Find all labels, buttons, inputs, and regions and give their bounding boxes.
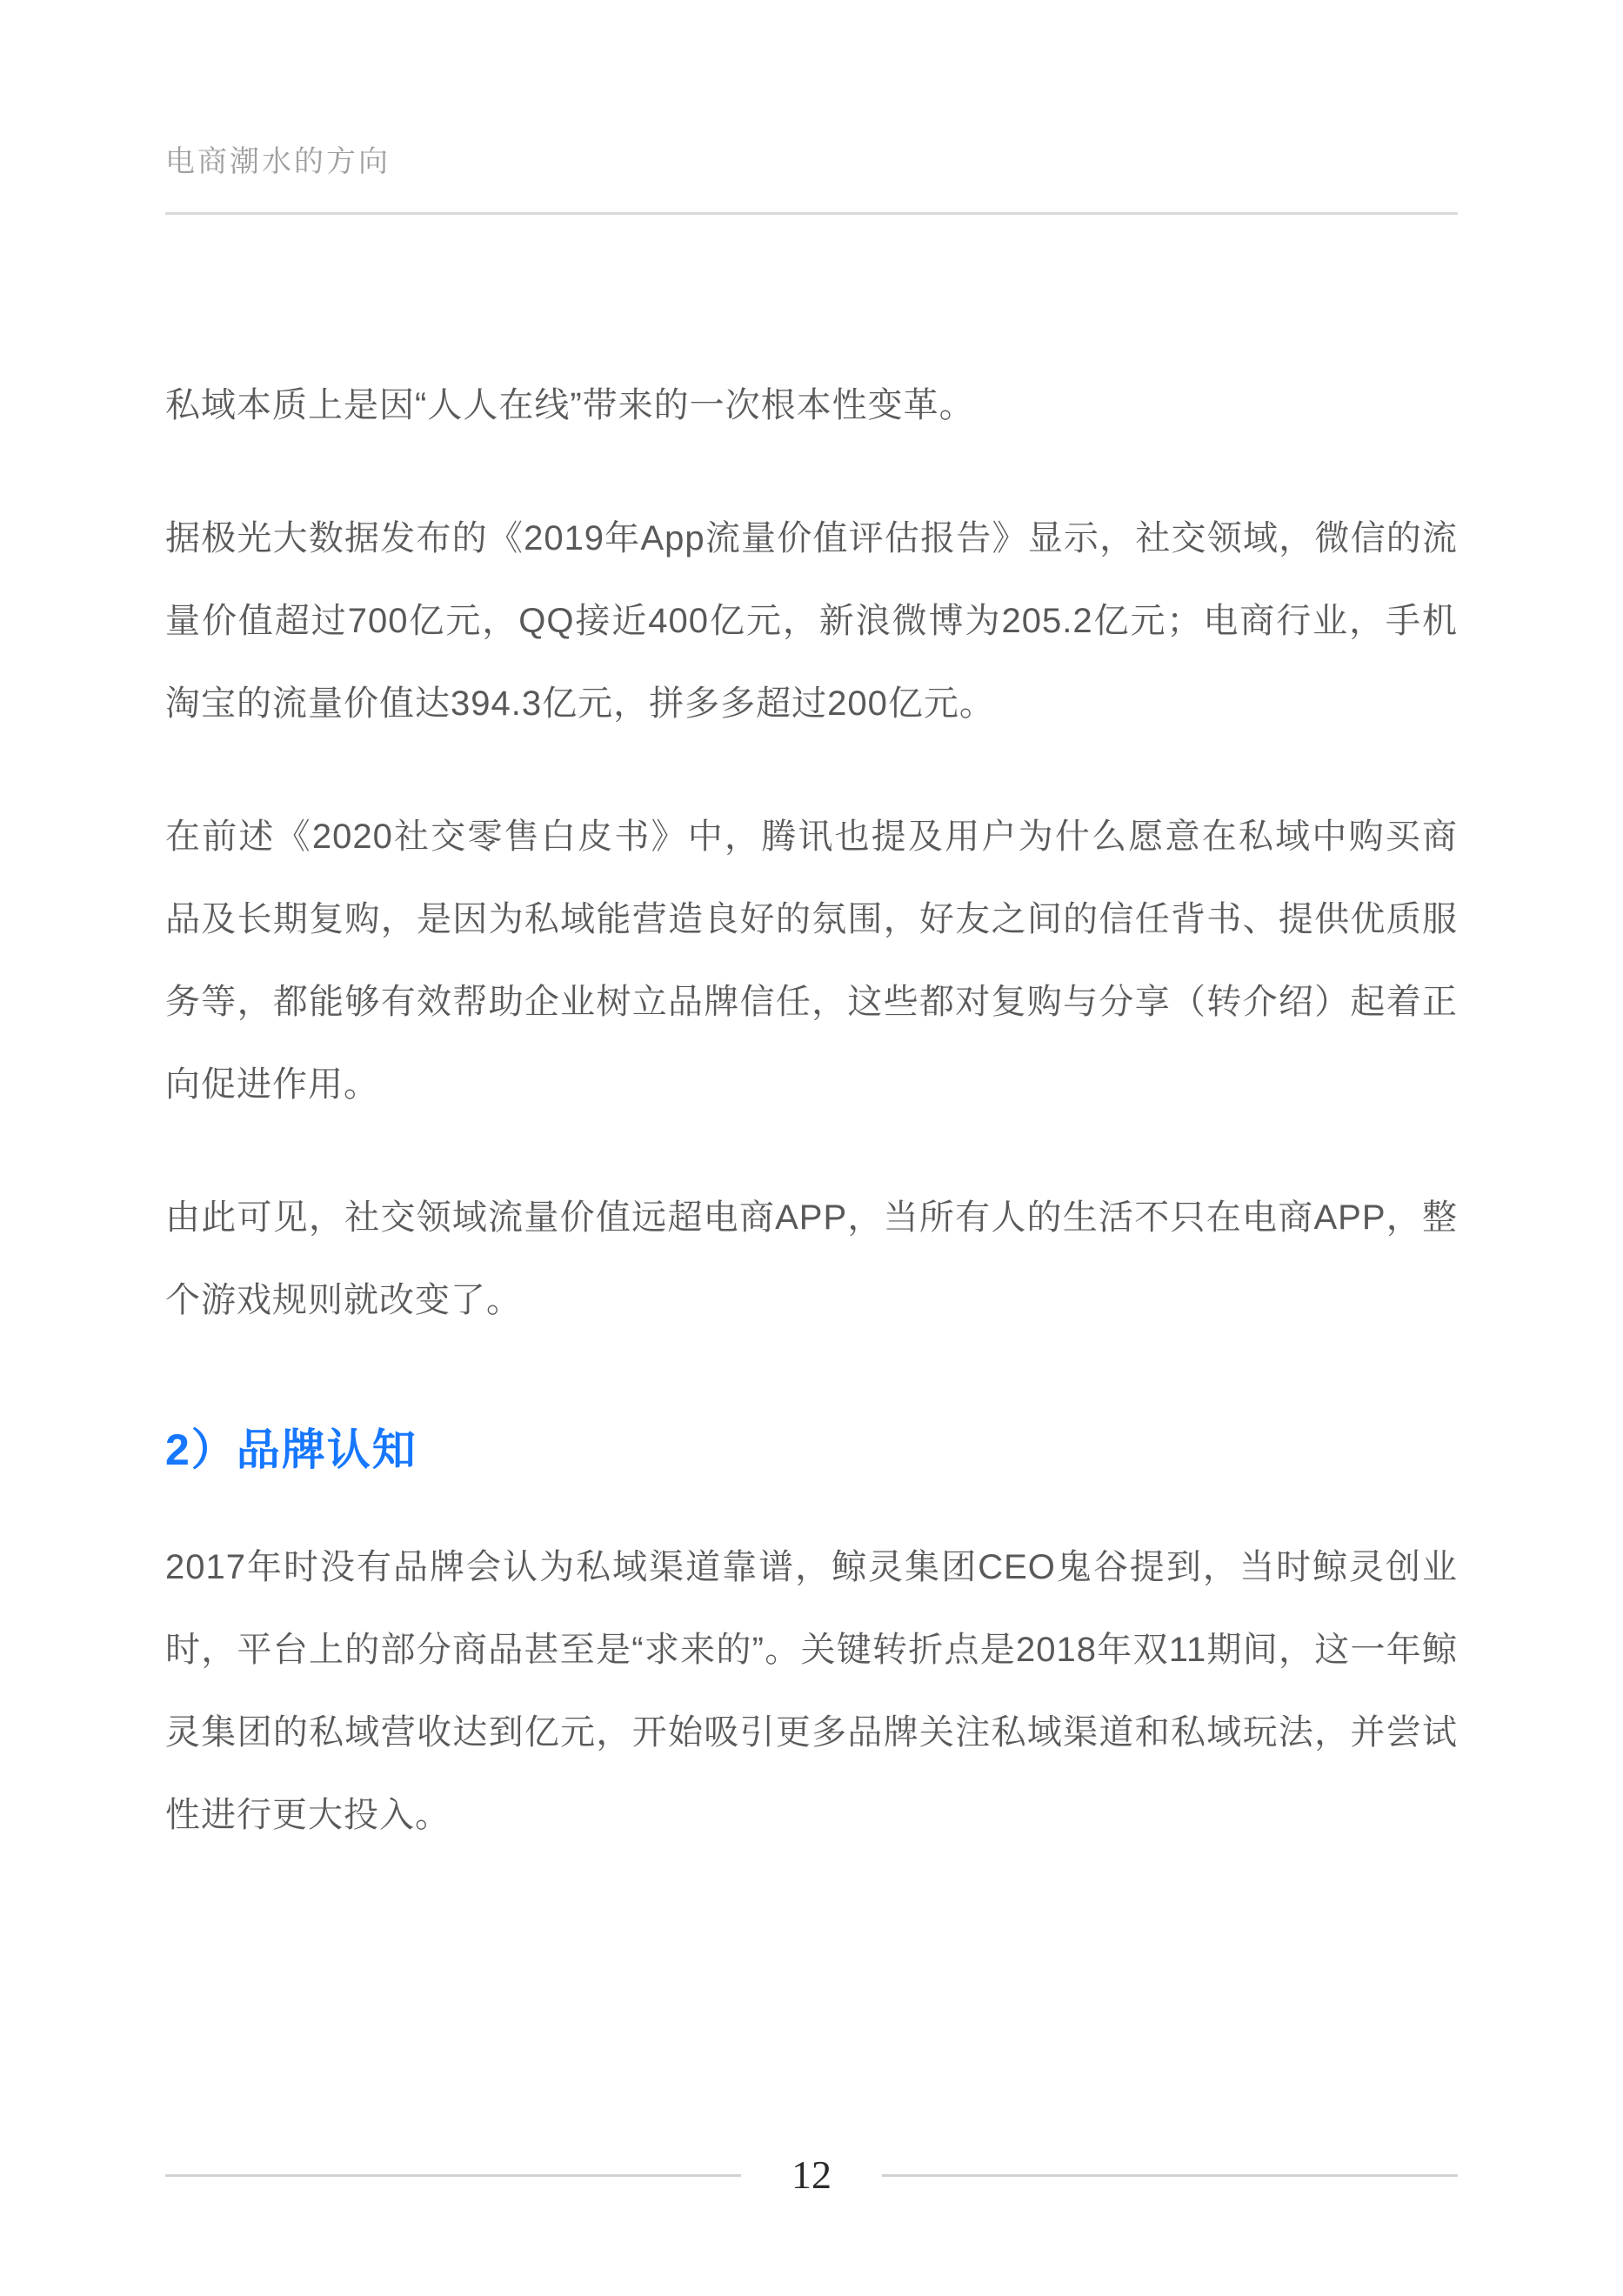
page-number: 12 xyxy=(791,2155,832,2195)
footer-divider-right xyxy=(882,2174,1458,2177)
footer-divider-left xyxy=(165,2174,741,2177)
document-page: 电商潮水的方向 私域本质上是因“人人在线”带来的一次根本性变革。 据极光大数据发… xyxy=(0,0,1623,2296)
running-header-title: 电商潮水的方向 xyxy=(165,146,1458,177)
body-text: 私域本质上是因“人人在线”带来的一次根本性变革。 据极光大数据发布的《2019年… xyxy=(165,364,1458,1857)
paragraph-aurora-report-data: 据极光大数据发布的《2019年App流量价值评估报告》显示，社交领域，微信的流量… xyxy=(165,497,1458,745)
page-content: 电商潮水的方向 私域本质上是因“人人在线”带来的一次根本性变革。 据极光大数据发… xyxy=(0,0,1623,1857)
paragraph-private-domain-revolution: 私域本质上是因“人人在线”带来的一次根本性变革。 xyxy=(165,364,1458,447)
page-footer: 12 xyxy=(165,2146,1458,2204)
paragraph-social-retail-whitepaper: 在前述《2020社交零售白皮书》中，腾讯也提及用户为什么愿意在私域中购买商品及长… xyxy=(165,796,1458,1126)
paragraph-2017-brand-channel: 2017年时没有品牌会认为私域渠道靠谱，鲸灵集团CEO鬼谷提到，当时鲸灵创业时，… xyxy=(165,1526,1458,1857)
running-header: 电商潮水的方向 xyxy=(165,0,1458,215)
section-heading-brand-awareness: 2）品牌认知 xyxy=(165,1425,1458,1474)
header-divider xyxy=(165,212,1458,215)
paragraph-conclusion-game-rules: 由此可见，社交领域流量价值远超电商APP，当所有人的生活不只在电商APP，整个游… xyxy=(165,1177,1458,1342)
